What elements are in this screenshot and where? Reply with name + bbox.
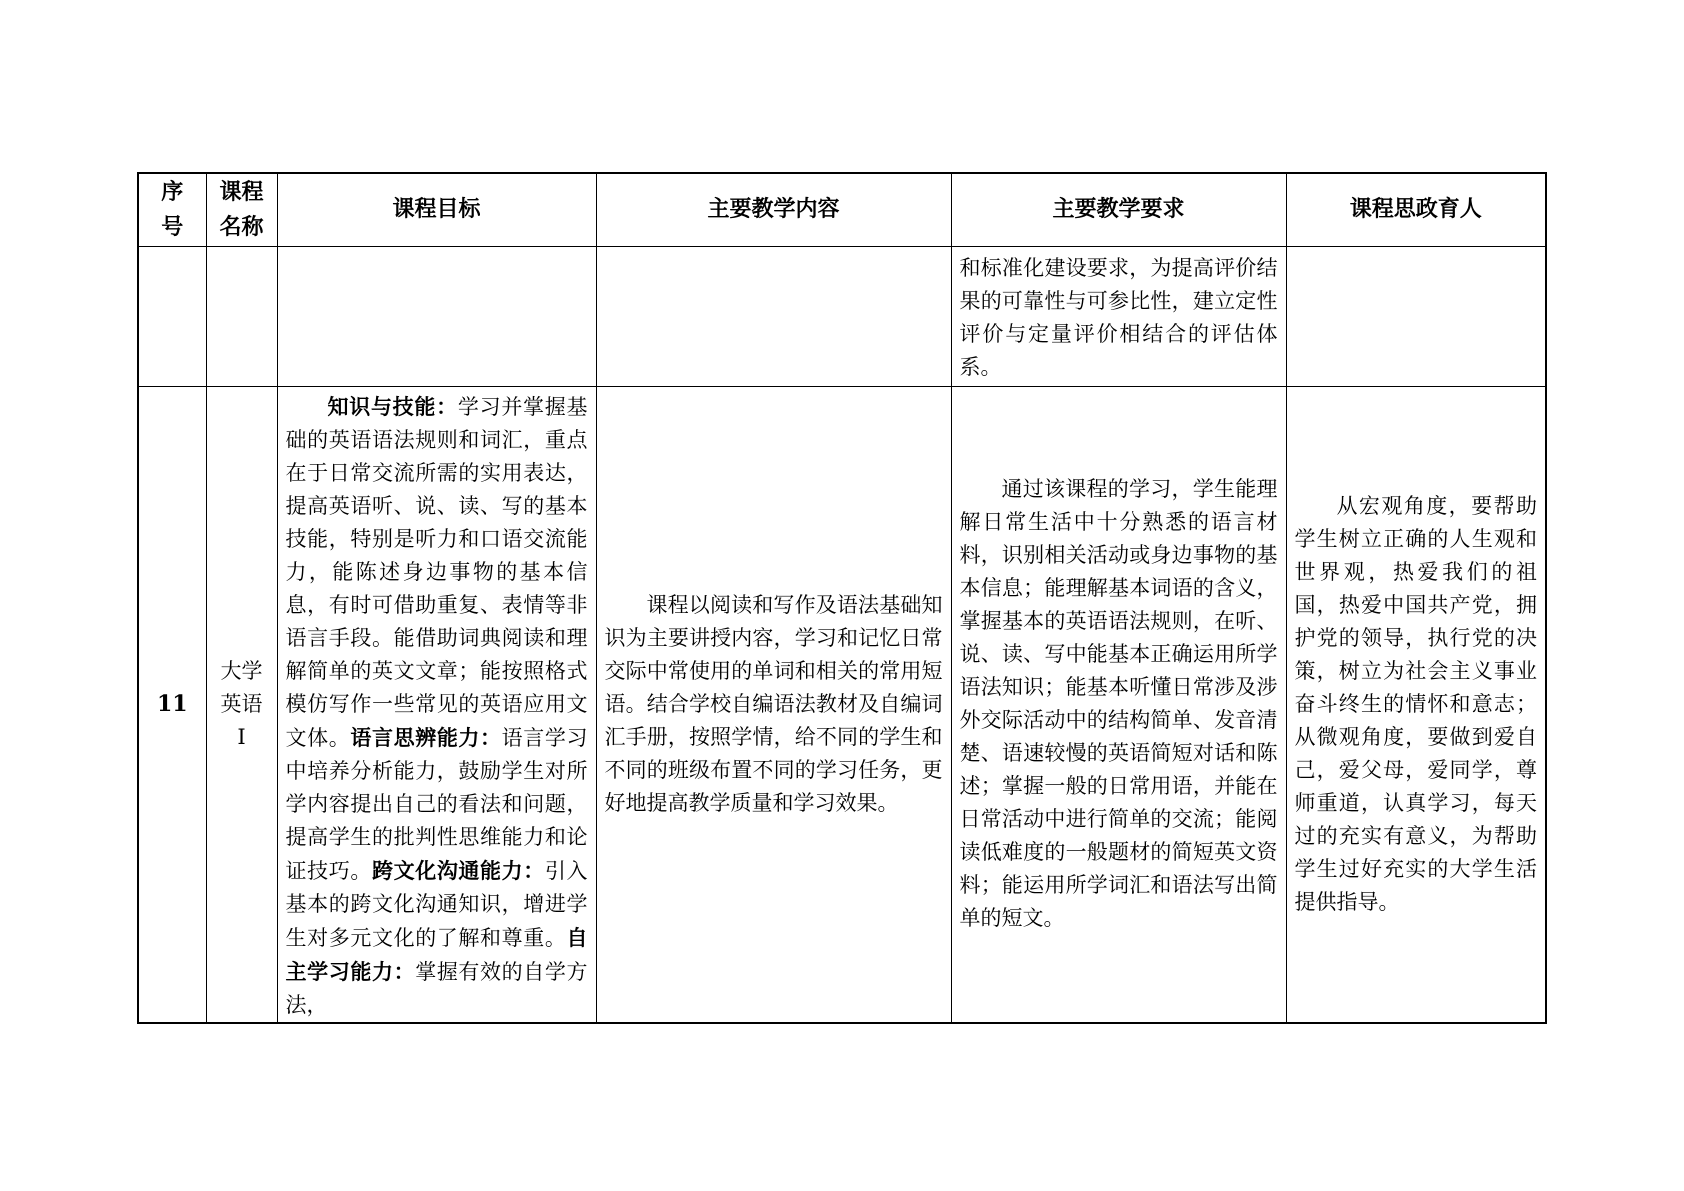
carryover-teaching-requirements-text: 和标准化建设要求，为提高评价结果的可靠性与可参比性，建立定性评价与定量评价相结合… bbox=[960, 252, 1278, 384]
col-header-course-objectives: 课程目标 bbox=[277, 173, 596, 246]
table-header-row: 序号 课程名称 课程目标 主要教学内容 主要教学要求 课程思政育人 bbox=[138, 173, 1546, 246]
col-header-course-name: 课程名称 bbox=[206, 173, 277, 246]
ideological-education-cell: 从宏观角度，要帮助学生树立正确的人生观和世界观，热爱我们的祖国，热爱中国共产党，… bbox=[1286, 386, 1546, 1023]
course-name-text: 大学英语Ⅰ bbox=[219, 655, 264, 754]
col-header-teaching-requirements-label: 主要教学要求 bbox=[1052, 196, 1184, 222]
carryover-course-name-cell bbox=[206, 246, 277, 386]
carryover-row: 和标准化建设要求，为提高评价结果的可靠性与可参比性，建立定性评价与定量评价相结合… bbox=[138, 246, 1546, 386]
col-header-course-objectives-label: 课程目标 bbox=[392, 196, 480, 222]
teaching-requirements-text: 通过该课程的学习，学生能理解日常生活中十分熟悉的语言材料，识别相关活动或身边事物… bbox=[960, 473, 1278, 935]
carryover-number-cell bbox=[138, 246, 206, 386]
document-page: 序号 课程名称 课程目标 主要教学内容 主要教学要求 课程思政育人 bbox=[0, 0, 1684, 1191]
carryover-teaching-content-cell bbox=[596, 246, 951, 386]
teaching-content-text: 课程以阅读和写作及语法基础知识为主要讲授内容，学习和记忆日常交际中常使用的单词和… bbox=[605, 589, 943, 820]
col-header-teaching-requirements: 主要教学要求 bbox=[951, 173, 1286, 246]
curriculum-table: 序号 课程名称 课程目标 主要教学内容 主要教学要求 课程思政育人 bbox=[137, 172, 1547, 1024]
col-header-teaching-content: 主要教学内容 bbox=[596, 173, 951, 246]
course-row-11: 11 大学英语Ⅰ 知识与技能：学习并掌握基础的英语语法规则和词汇，重点在于日常交… bbox=[138, 386, 1546, 1023]
course-number-text: 11 bbox=[157, 691, 188, 717]
col-header-ideological-education-label: 课程思政育人 bbox=[1350, 196, 1482, 222]
col-header-course-name-label: 课程名称 bbox=[218, 175, 265, 245]
col-header-number-label: 序号 bbox=[160, 175, 184, 245]
carryover-ideological-education-cell bbox=[1286, 246, 1546, 386]
carryover-teaching-requirements-cell: 和标准化建设要求，为提高评价结果的可靠性与可参比性，建立定性评价与定量评价相结合… bbox=[951, 246, 1286, 386]
col-header-ideological-education: 课程思政育人 bbox=[1286, 173, 1546, 246]
course-name-cell: 大学英语Ⅰ bbox=[206, 386, 277, 1023]
course-number-cell: 11 bbox=[138, 386, 206, 1023]
teaching-content-cell: 课程以阅读和写作及语法基础知识为主要讲授内容，学习和记忆日常交际中常使用的单词和… bbox=[596, 386, 951, 1023]
course-objectives-text: 知识与技能：学习并掌握基础的英语语法规则和词汇，重点在于日常交流所需的实用表达，… bbox=[286, 390, 588, 1022]
col-header-teaching-content-label: 主要教学内容 bbox=[707, 196, 839, 222]
course-objectives-cell: 知识与技能：学习并掌握基础的英语语法规则和词汇，重点在于日常交流所需的实用表达，… bbox=[277, 386, 596, 1023]
carryover-objectives-cell bbox=[277, 246, 596, 386]
teaching-requirements-cell: 通过该课程的学习，学生能理解日常生活中十分熟悉的语言材料，识别相关活动或身边事物… bbox=[951, 386, 1286, 1023]
ideological-education-text: 从宏观角度，要帮助学生树立正确的人生观和世界观，热爱我们的祖国，热爱中国共产党，… bbox=[1295, 490, 1538, 919]
col-header-number: 序号 bbox=[138, 173, 206, 246]
